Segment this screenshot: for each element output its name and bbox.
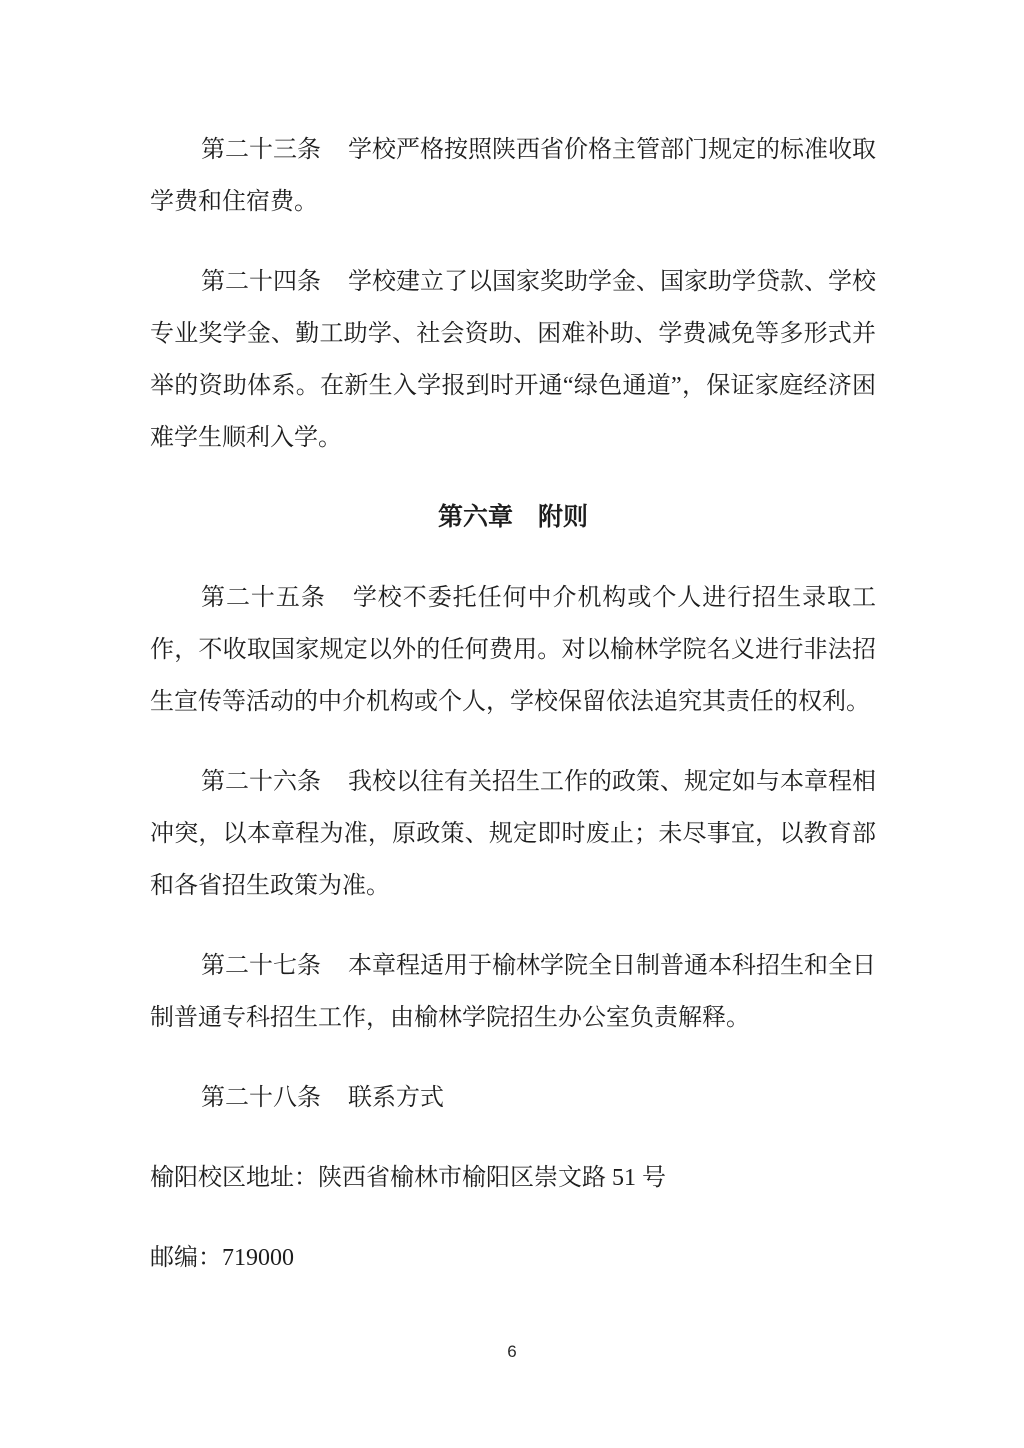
article-paragraph-28: 第二十八条联系方式	[150, 1072, 876, 1124]
article-number: 第二十三条	[201, 137, 321, 163]
article-paragraph-27: 第二十七条本章程适用于榆林学院全日制普通本科招生和全日制普通专科招生工作，由榆林…	[150, 940, 876, 1044]
document-page: 第二十三条学校严格按照陕西省价格主管部门规定的标准收取学费和住宿费。 第二十四条…	[0, 0, 1024, 1448]
chapter-number: 第六章	[438, 504, 513, 531]
article-paragraph-26: 第二十六条我校以往有关招生工作的政策、规定如与本章程相冲突，以本章程为准，原政策…	[150, 756, 876, 912]
article-paragraph-24: 第二十四条学校建立了以国家奖助学金、国家助学贷款、学校专业奖学金、勤工助学、社会…	[150, 256, 876, 464]
postal-code-line: 邮编：719000	[150, 1232, 876, 1284]
page-number: 6	[507, 1342, 516, 1361]
article-number: 第二十四条	[201, 269, 321, 295]
article-number: 第二十八条	[201, 1085, 321, 1111]
chapter-heading: 第六章附则	[150, 492, 876, 544]
document-content: 第二十三条学校严格按照陕西省价格主管部门规定的标准收取学费和住宿费。 第二十四条…	[150, 124, 876, 1312]
campus-address-line: 榆阳校区地址：陕西省榆林市榆阳区崇文路 51 号	[150, 1152, 876, 1204]
chapter-title: 附则	[538, 504, 588, 531]
article-number: 第二十七条	[201, 953, 321, 979]
article-number: 第二十五条	[201, 585, 326, 611]
article-text: 学校建立了以国家奖助学金、国家助学贷款、学校专业奖学金、勤工助学、社会资助、困难…	[150, 269, 876, 451]
article-number: 第二十六条	[201, 769, 321, 795]
article-paragraph-25: 第二十五条学校不委托任何中介机构或个人进行招生录取工作，不收取国家规定以外的任何…	[150, 572, 876, 728]
page-footer: 6	[0, 1342, 1024, 1362]
article-paragraph-23: 第二十三条学校严格按照陕西省价格主管部门规定的标准收取学费和住宿费。	[150, 124, 876, 228]
article-text: 联系方式	[348, 1085, 444, 1111]
